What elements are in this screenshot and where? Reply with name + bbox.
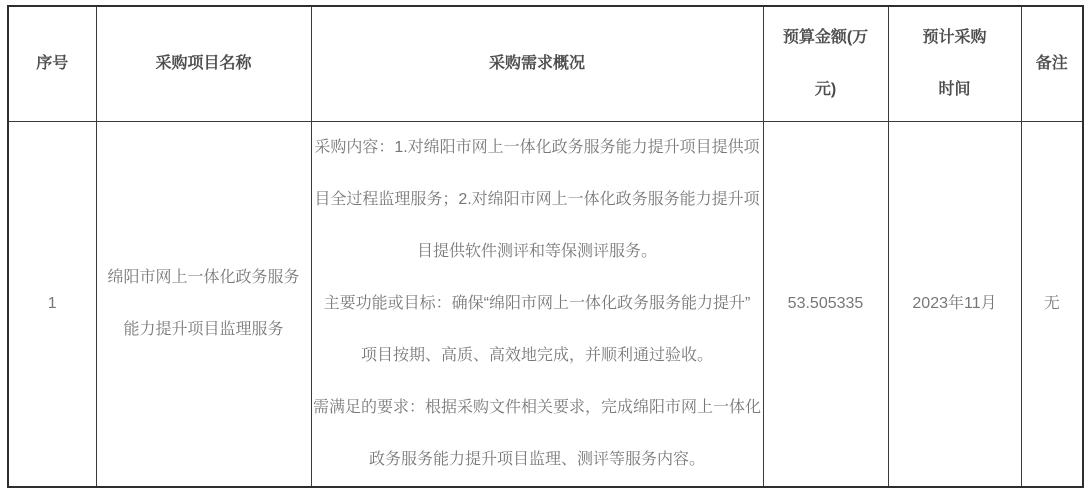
cell-project-name: 绵阳市网上一体化政务服务能力提升项目监理服务 xyxy=(96,121,311,487)
col-header-remark: 备注 xyxy=(1021,6,1083,121)
text-line: 预算金额(万 xyxy=(764,12,888,64)
col-header-project-name: 采购项目名称 xyxy=(96,6,311,121)
text-line: 项目按期、高质、高效地完成，并顺利通过验收。 xyxy=(312,330,763,382)
col-header-overview: 采购需求概况 xyxy=(311,6,763,121)
text-line: 政务服务能力提升项目监理、测评等服务内容。 xyxy=(312,434,763,486)
header-row: 序号 采购项目名称 采购需求概况 预算金额(万元) 预计采购时间 备注 xyxy=(8,6,1083,121)
text-line: 需满足的要求：根据采购文件相关要求，完成绵阳市网上一体化 xyxy=(312,382,763,434)
col-header-time: 预计采购时间 xyxy=(888,6,1021,121)
text-line: 绵阳市网上一体化政务服务 xyxy=(97,252,311,304)
cell-remark: 无 xyxy=(1021,121,1083,487)
text-line: 元) xyxy=(764,64,888,116)
text-line: 能力提升项目监理服务 xyxy=(97,304,311,356)
text-line: 时间 xyxy=(889,64,1021,116)
col-header-seq: 序号 xyxy=(8,6,96,121)
text-line: 目提供软件测评和等保测评服务。 xyxy=(312,226,763,278)
text-line: 采购内容：1.对绵阳市网上一体化政务服务能力提升项目提供项 xyxy=(312,122,763,174)
table-row: 1 绵阳市网上一体化政务服务能力提升项目监理服务 采购内容：1.对绵阳市网上一体… xyxy=(8,121,1083,487)
procurement-table: 序号 采购项目名称 采购需求概况 预算金额(万元) 预计采购时间 备注 1 绵阳… xyxy=(7,5,1084,488)
text-line: 目全过程监理服务；2.对绵阳市网上一体化政务服务能力提升项 xyxy=(312,174,763,226)
cell-seq: 1 xyxy=(8,121,96,487)
cell-overview: 采购内容：1.对绵阳市网上一体化政务服务能力提升项目提供项目全过程监理服务；2.… xyxy=(311,121,763,487)
cell-time: 2023年11月 xyxy=(888,121,1021,487)
text-line: 主要功能或目标：确保“绵阳市网上一体化政务服务能力提升” xyxy=(312,278,763,330)
col-header-budget: 预算金额(万元) xyxy=(763,6,888,121)
cell-budget: 53.505335 xyxy=(763,121,888,487)
text-line: 预计采购 xyxy=(889,12,1021,64)
procurement-table-container: 序号 采购项目名称 采购需求概况 预算金额(万元) 预计采购时间 备注 1 绵阳… xyxy=(7,5,1084,488)
